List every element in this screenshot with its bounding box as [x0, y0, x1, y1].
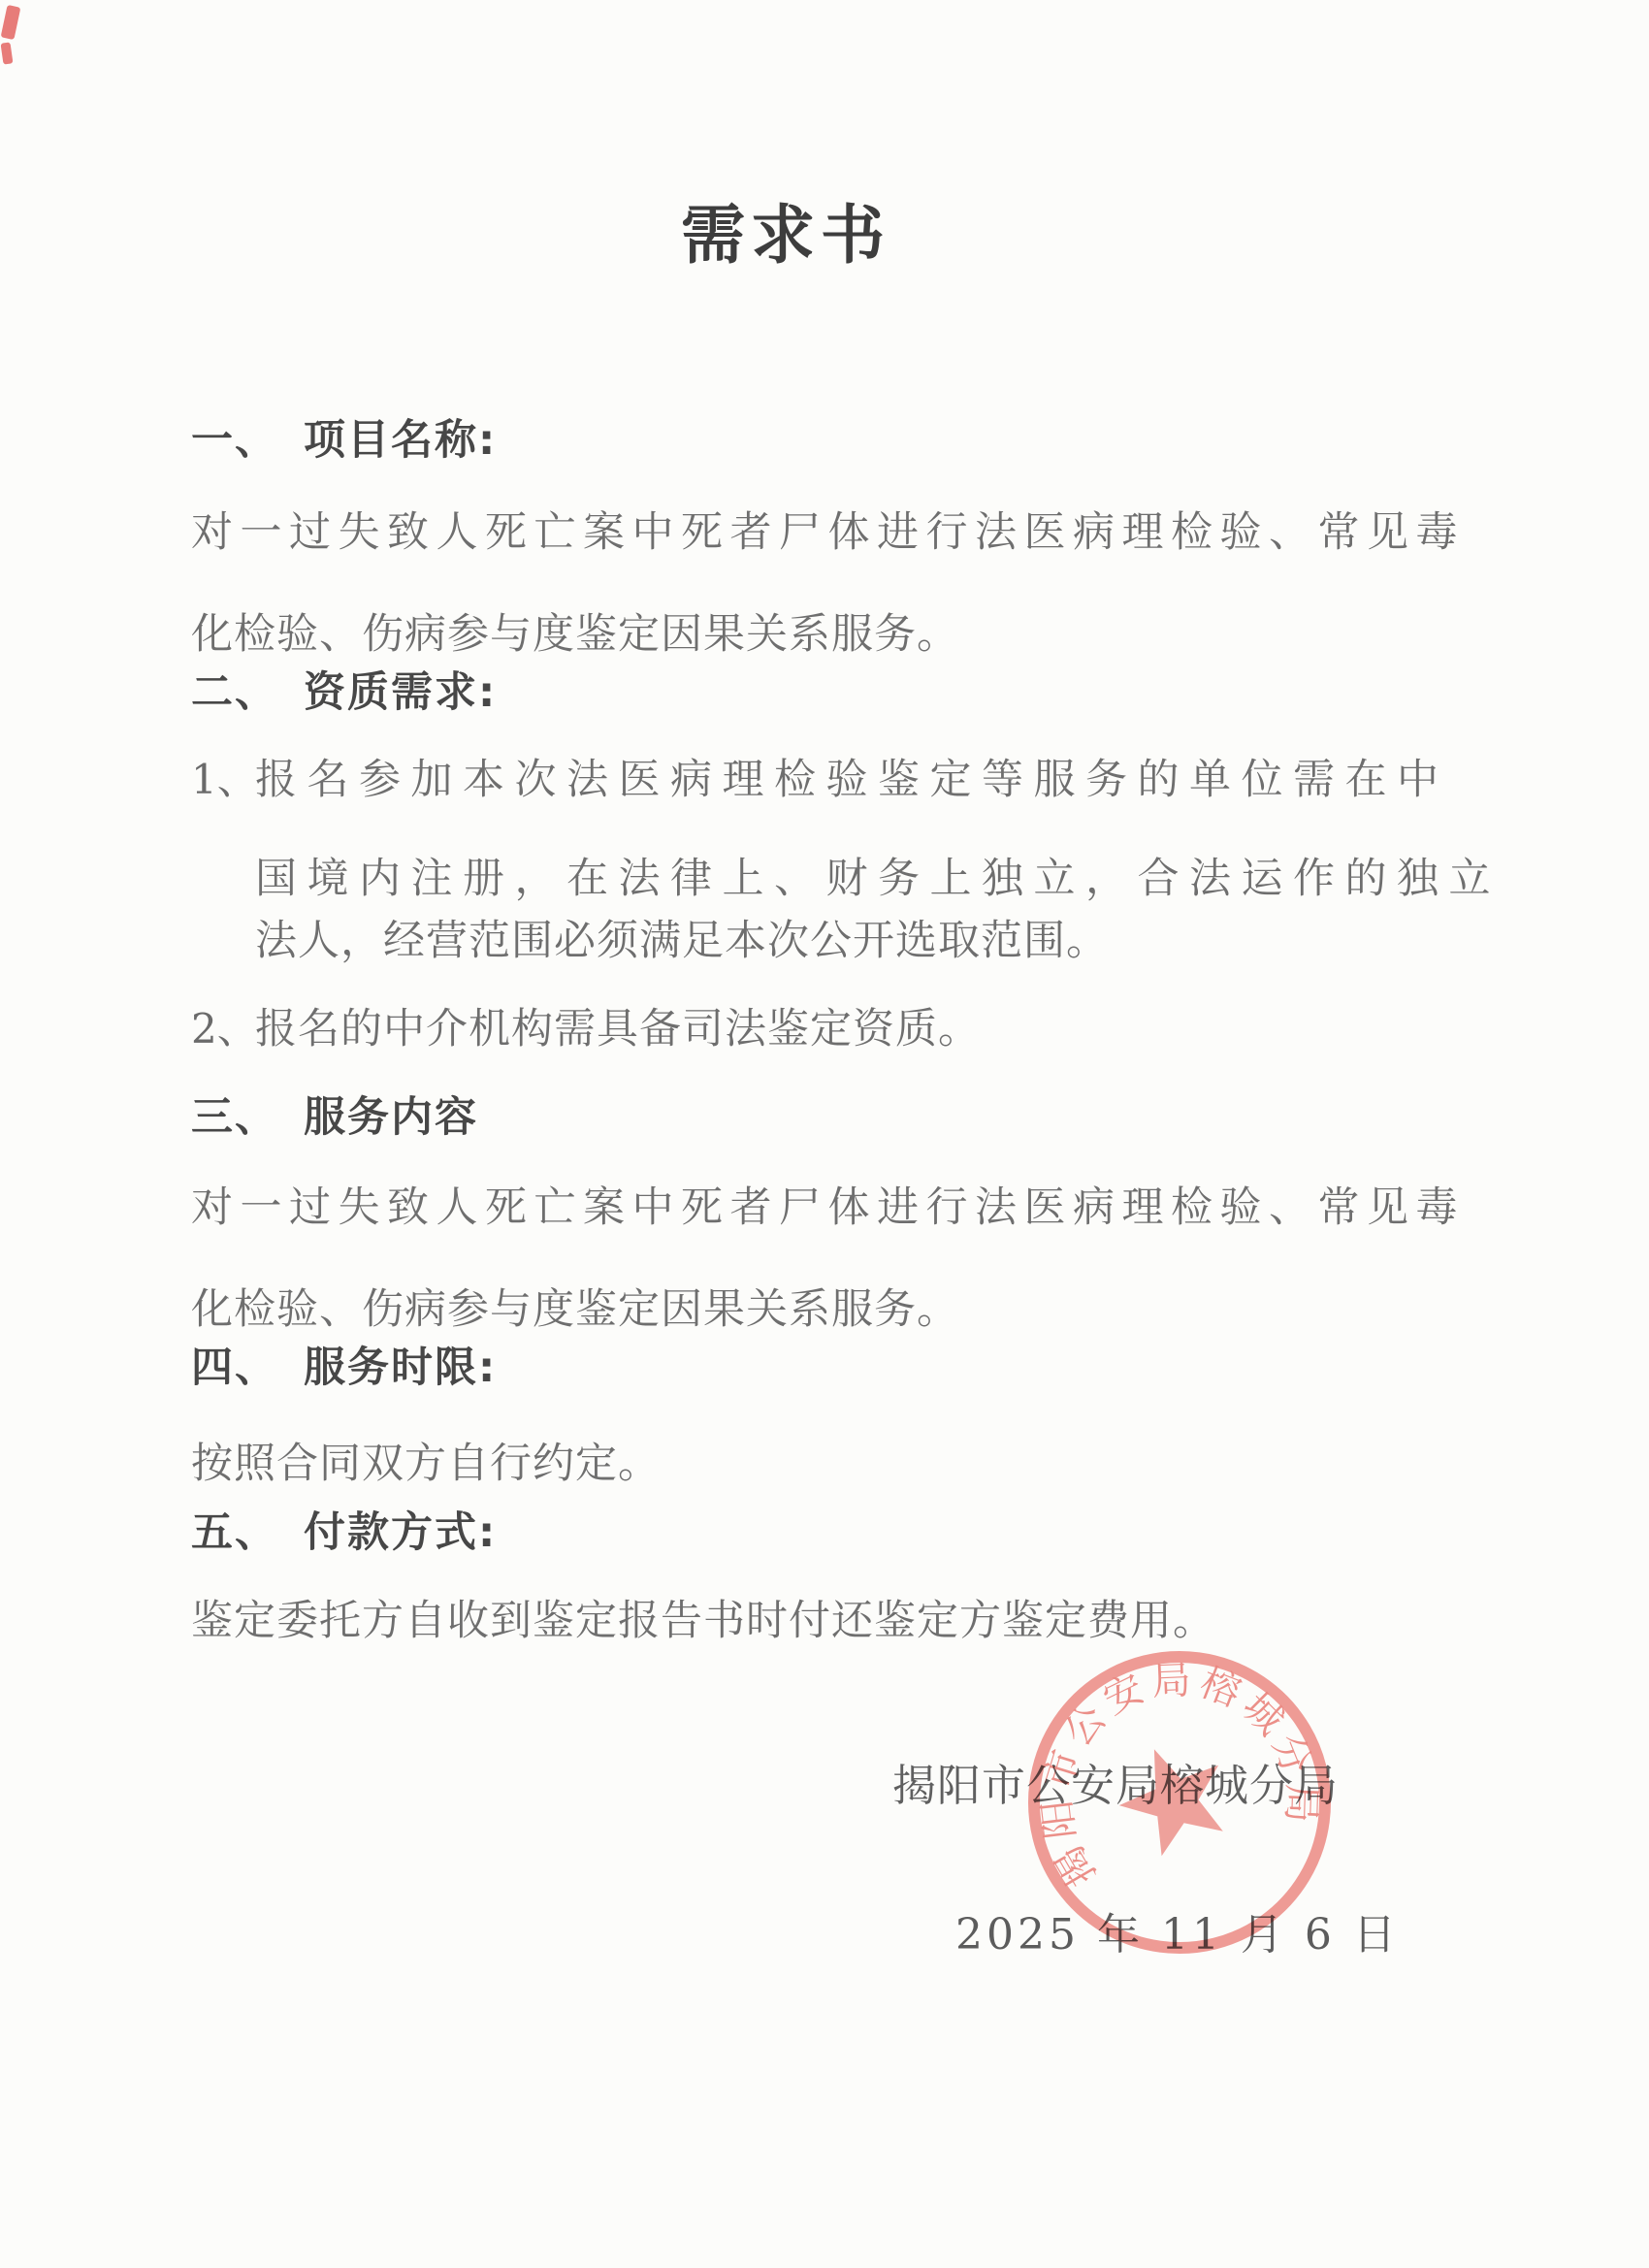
section-heading-1: 一、项目名称:	[191, 417, 497, 465]
scan-artifact	[1, 42, 14, 64]
list-item-line: 报名的中介机构需具备司法鉴定资质。	[255, 1006, 981, 1053]
document-page: 需求书 一、项目名称: 对一过失致人死亡案中死者尸体进行法医病理检验、常见毒 化…	[0, 0, 1649, 2268]
paragraph-line: 对一过失致人死亡案中死者尸体进行法医病理检验、常见毒	[191, 1184, 1465, 1232]
section-heading-2: 二、资质需求:	[191, 669, 497, 717]
section-heading-3: 三、服务内容	[191, 1094, 478, 1142]
document-title: 需求书	[0, 199, 1571, 273]
section-heading-5: 五、付款方式:	[191, 1509, 497, 1557]
list-item-number: 1、	[191, 757, 258, 803]
paragraph-line: 对一过失致人死亡案中死者尸体进行法医病理检验、常见毒	[191, 509, 1465, 557]
official-seal-stamp: 揭阳市公安局榕城分局	[1005, 1630, 1354, 1979]
paragraph-line: 化检验、伤病参与度鉴定因果关系服务。	[191, 1286, 959, 1334]
list-item-line: 法人，经营范围必须满足本次公开选取范围。	[255, 918, 1109, 965]
list-item-number: 2、	[191, 1006, 258, 1053]
section-title: 服务内容	[304, 1093, 478, 1142]
section-heading-4: 四、服务时限:	[191, 1345, 497, 1392]
section-number: 三、	[191, 1093, 278, 1142]
section-title: 项目名称:	[304, 416, 497, 465]
paragraph-line: 化检验、伤病参与度鉴定因果关系服务。	[191, 611, 959, 659]
section-number: 四、	[191, 1344, 278, 1392]
section-title: 资质需求:	[304, 668, 497, 717]
list-item-line: 报名参加本次法医病理检验鉴定等服务的单位需在中	[255, 757, 1449, 804]
paragraph-line: 按照合同双方自行约定。	[191, 1441, 661, 1488]
seal-star-icon	[1105, 1730, 1243, 1864]
section-number: 一、	[191, 416, 278, 465]
section-title: 服务时限:	[304, 1344, 497, 1392]
section-title: 付款方式:	[304, 1508, 497, 1557]
section-number: 二、	[191, 668, 278, 717]
scan-artifact	[1, 5, 21, 40]
section-number: 五、	[191, 1508, 278, 1557]
list-item-line: 国境内注册，在法律上、财务上独立，合法运作的独立	[255, 856, 1501, 903]
